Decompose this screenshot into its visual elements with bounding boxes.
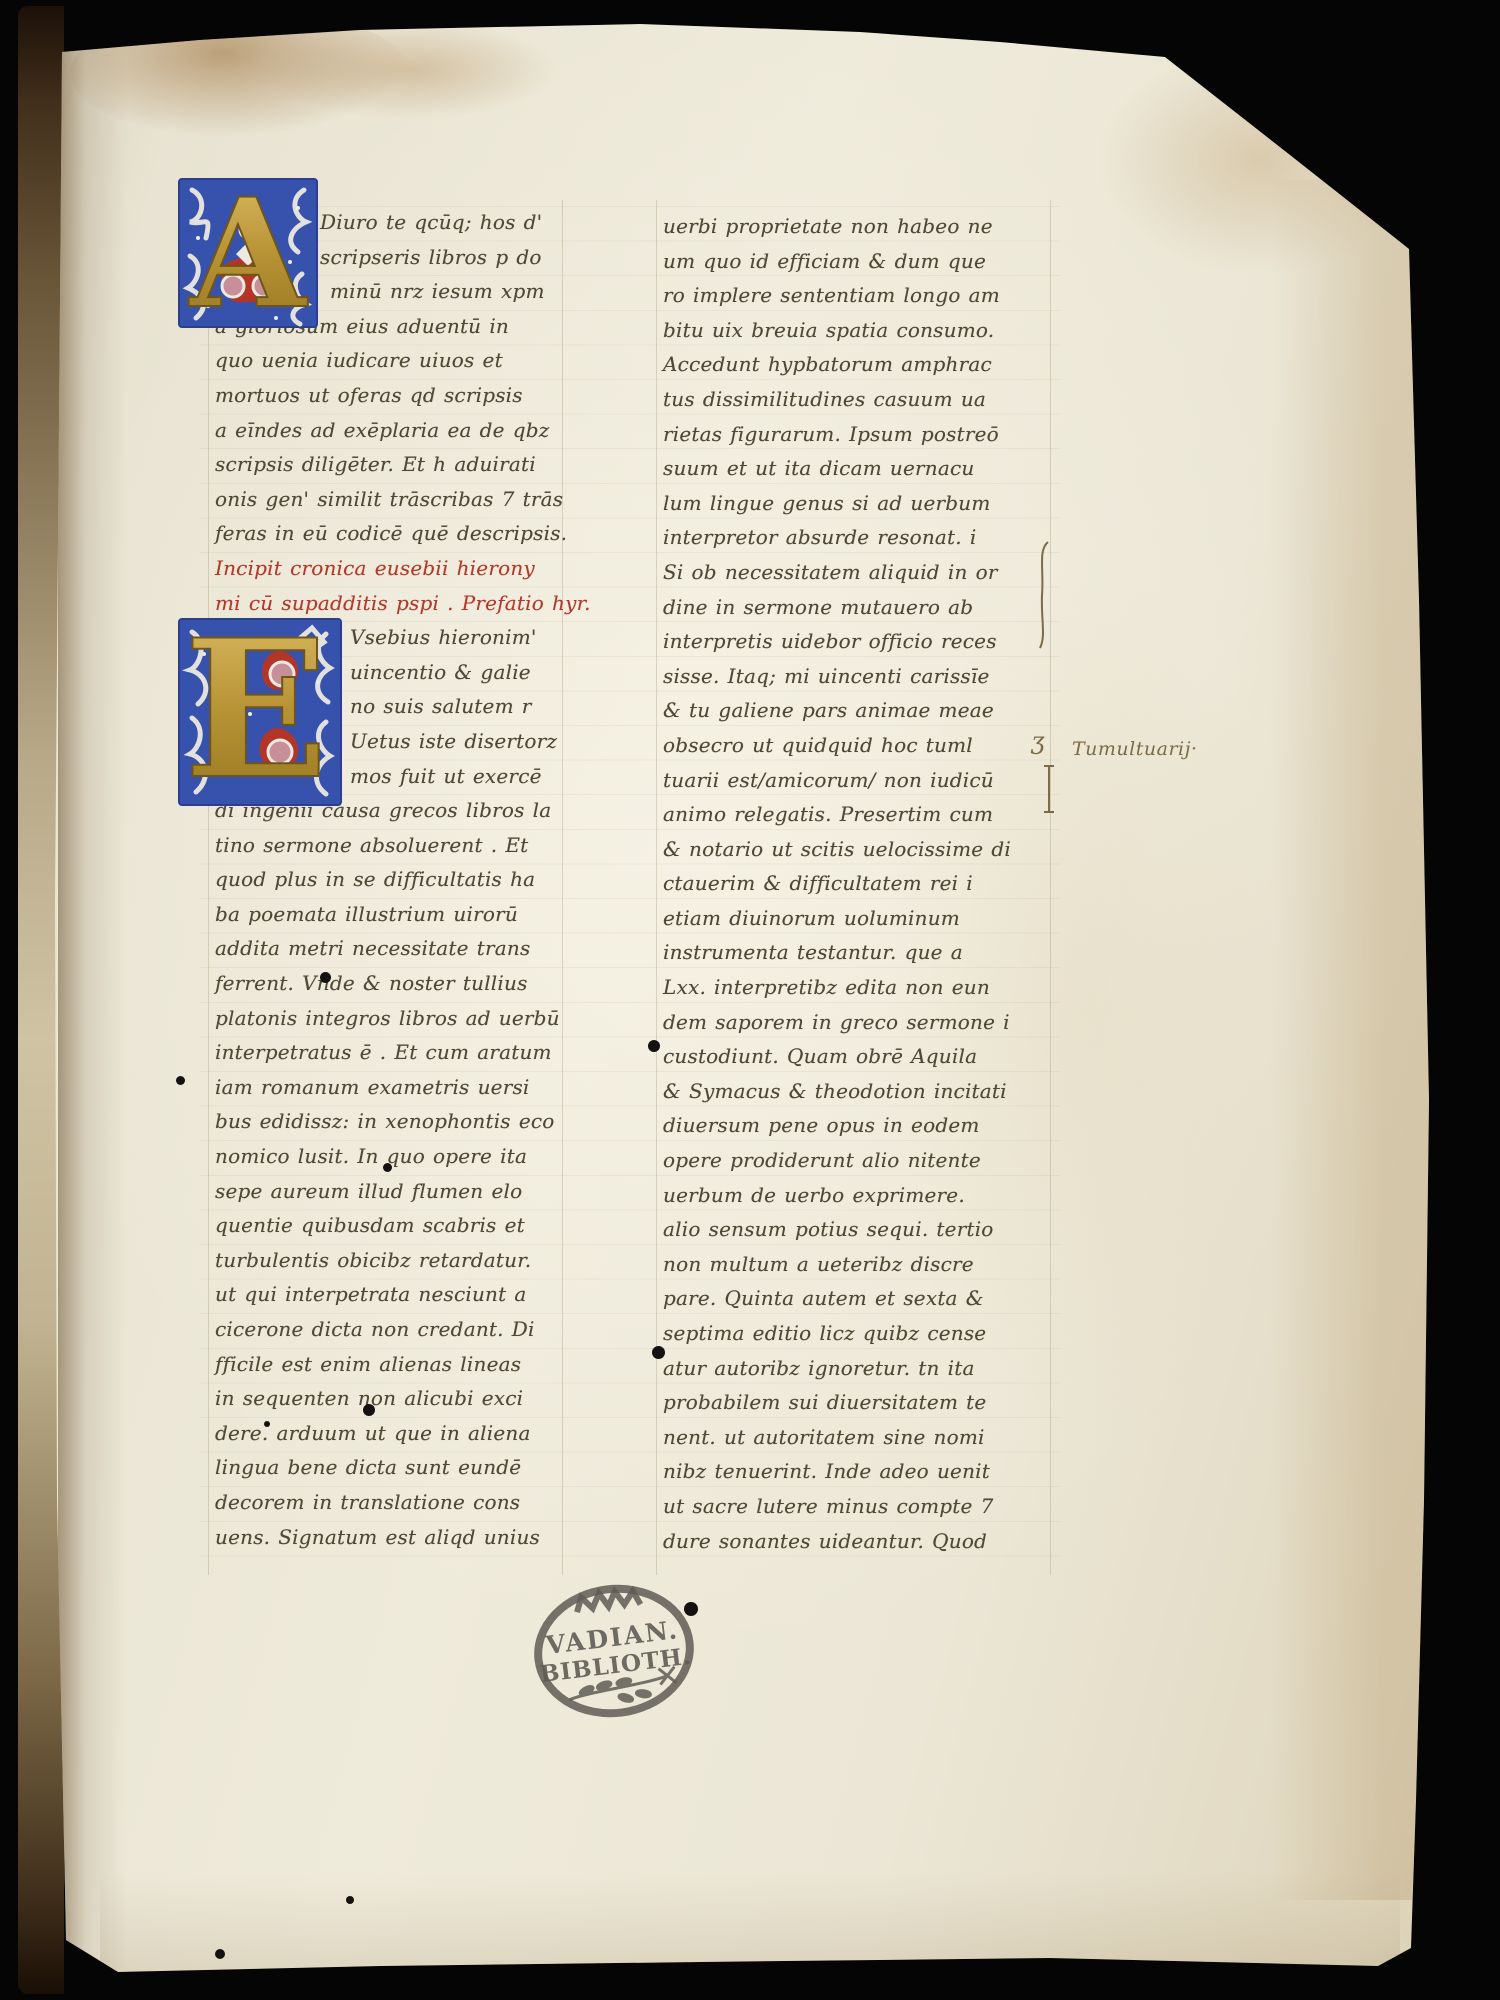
manuscript-line: nent. ut autoritatem sine nomi — [663, 1420, 1011, 1455]
marginal-bracket-upper — [1032, 540, 1058, 650]
manuscript-line: diuersum pene opus in eodem — [663, 1108, 1011, 1143]
manuscript-line: Incipit cronica eusebii hierony — [215, 551, 591, 586]
manuscript-line: & tu galiene pars animae meae — [663, 693, 1011, 728]
illuminated-initial-a: A — [178, 178, 318, 332]
manuscript-line: interpetratus ē . Et cum aratum — [215, 1035, 591, 1070]
manuscript-line: Lxx. interpretibz edita non eun — [663, 970, 1011, 1005]
svg-text:A: A — [188, 178, 309, 328]
manuscript-line: obsecro ut quidquid hoc tuml — [663, 728, 1011, 763]
manuscript-line: dem saporem in greco sermone i — [663, 1005, 1011, 1040]
manuscript-line: & notario ut scitis uelocissime di — [663, 832, 1011, 867]
manuscript-line: bus edidissz: in xenophontis eco — [215, 1104, 591, 1139]
manuscript-line: suum et ut ita dicam uernacu — [663, 451, 1011, 486]
manuscript-line: a eīndes ad exēplaria ea de qbz — [215, 413, 591, 448]
ink-dot — [320, 972, 331, 983]
manuscript-column-right: uerbi proprietate non habeo neum quo id … — [663, 209, 1011, 1558]
manuscript-line: Si ob necessitatem aliquid in or — [663, 555, 1011, 590]
manuscript-line: dure sonantes uideantur. Quod — [663, 1524, 1011, 1559]
ink-dot — [652, 1346, 665, 1359]
manuscript-line: tino sermone absoluerent . Et — [215, 828, 591, 863]
manuscript-line: ut sacre lutere minus compte 7 — [663, 1489, 1011, 1524]
manuscript-line: alio sensum potius sequi. tertio — [663, 1212, 1011, 1247]
manuscript-line: addita metri necessitate trans — [215, 931, 591, 966]
manuscript-line: septima editio licz quibz cense — [663, 1316, 1011, 1351]
manuscript-line: animo relegatis. Presertim cum — [663, 797, 1011, 832]
stain-top-left-2 — [260, 20, 560, 120]
manuscript-line: iam romanum exametris uersi — [215, 1070, 591, 1105]
stain-bottom — [100, 1870, 1400, 1990]
manuscript-line: Uetus iste disertorz — [350, 724, 591, 759]
manuscript-line: non multum a ueteribz discre — [663, 1247, 1011, 1282]
manuscript-line: pare. Quinta autem et sexta & — [663, 1281, 1011, 1316]
manuscript-line: mortuos ut oferas qd scripsis — [215, 378, 591, 413]
folio-small-mark: s — [1352, 142, 1360, 160]
ruling-vertical-1 — [208, 200, 209, 1575]
manuscript-line: ut qui interpetrata nesciunt a — [215, 1277, 591, 1312]
library-stamp: VADIAN. BIBLIOTH. — [513, 1546, 715, 1757]
manuscript-line: instrumenta testantur. que a — [663, 935, 1011, 970]
parchment-page: 2 s Diuro te qcūq; hos d'scripseris libr… — [0, 0, 1500, 2000]
manuscript-line: interpretor absurde resonat. i — [663, 520, 1011, 555]
manuscript-column-left: Diuro te qcūq; hos d'scripseris libros p… — [215, 205, 591, 1554]
marginal-bracket-lower — [1040, 762, 1060, 818]
illuminated-initial-e: E — [178, 618, 342, 810]
manuscript-line: quod plus in se difficultatis ha — [215, 862, 591, 897]
manuscript-line: & Symacus & theodotion incitati — [663, 1074, 1011, 1109]
manuscript-line: bitu uix breuia spatia consumo. — [663, 313, 1011, 348]
ink-dot — [684, 1602, 698, 1616]
manuscript-line: tuarii est/amicorum/ non iudicū — [663, 763, 1011, 798]
ink-dot — [383, 1163, 392, 1172]
manuscript-line: nibz tenuerint. Inde adeo uenit — [663, 1454, 1011, 1489]
manuscript-line: lingua bene dicta sunt eundē — [215, 1450, 591, 1485]
manuscript-line: rietas figurarum. Ipsum postreō — [663, 417, 1011, 452]
manuscript-line: no suis salutem r — [350, 689, 591, 724]
manuscript-line: ba poemata illustrium uirorū — [215, 897, 591, 932]
manuscript-line: platonis integros libros ad uerbū — [215, 1001, 591, 1036]
manuscript-line: ctauerim & difficultatem rei i — [663, 866, 1011, 901]
ink-dot — [648, 1040, 660, 1052]
manuscript-line: scripsis diligēter. Et h aduirati — [215, 447, 591, 482]
manuscript-line: opere prodiderunt alio nitente — [663, 1143, 1011, 1178]
ink-dot — [261, 1988, 268, 1995]
gutter-shadow — [58, 30, 128, 1980]
manuscript-line: minū nrz iesum xpm — [330, 274, 591, 309]
ink-dot — [176, 1076, 185, 1085]
manuscript-line: Accedunt hypbatorum amphrac — [663, 347, 1011, 382]
manuscript-line: turbulentis obicibz retardatur. — [215, 1243, 591, 1278]
manuscript-line: probabilem sui diuersitatem te — [663, 1385, 1011, 1420]
manuscript-scan: 2 s Diuro te qcūq; hos d'scripseris libr… — [0, 0, 1500, 2000]
manuscript-line: dine in sermone mutauero ab — [663, 590, 1011, 625]
manuscript-line: quentie quibusdam scabris et — [215, 1208, 591, 1243]
manuscript-line: mos fuit ut exercē — [350, 759, 591, 794]
ink-dot — [346, 1896, 354, 1904]
manuscript-line: ro implere sententiam longo am — [663, 278, 1011, 313]
manuscript-line: um quo id efficiam & dum que — [663, 244, 1011, 279]
manuscript-line: custodiunt. Quam obrē Aquila — [663, 1039, 1011, 1074]
manuscript-line: interpretis uidebor officio reces — [663, 624, 1011, 659]
manuscript-line: sisse. Itaq; mi uincenti carissīe — [663, 659, 1011, 694]
manuscript-line: ferrent. Vnde & noster tullius — [215, 966, 591, 1001]
manuscript-line: uens. Signatum est aliqd unius — [215, 1520, 591, 1555]
manuscript-line: decorem in translatione cons — [215, 1485, 591, 1520]
manuscript-line: atur autoribz ignoretur. tn ita — [663, 1351, 1011, 1386]
manuscript-line: tus dissimilitudines casuum ua — [663, 382, 1011, 417]
manuscript-line: Vsebius hieronim' — [350, 620, 591, 655]
manuscript-line: lum lingue genus si ad uerbum — [663, 486, 1011, 521]
manuscript-line: uerbum de uerbo exprimere. — [663, 1178, 1011, 1213]
manuscript-line: uerbi proprietate non habeo ne — [663, 209, 1011, 244]
manuscript-line: mi cū supadditis pspi . Prefatio hyr. — [215, 586, 591, 621]
folio-number: 2 — [1340, 51, 1372, 103]
manuscript-line: dere. arduum ut que in aliena — [215, 1416, 591, 1451]
manuscript-line: scripseris libros p do — [320, 240, 591, 275]
manuscript-line: cicerone dicta non credant. Di — [215, 1312, 591, 1347]
manuscript-line: nomico lusit. In quo opere ita — [215, 1139, 591, 1174]
manuscript-line: feras in eū codicē quē descripsis. — [215, 516, 591, 551]
manuscript-line: fficile est enim alienas lineas — [215, 1347, 591, 1382]
ink-dot — [363, 1404, 375, 1416]
ruling-vertical-4 — [1050, 200, 1051, 1575]
insertion-mark: ʒ — [1031, 727, 1045, 755]
ruling-vertical-3 — [656, 200, 657, 1575]
manuscript-line: uincentio & galie — [350, 655, 591, 690]
manuscript-line: sepe aureum illud flumen elo — [215, 1174, 591, 1209]
manuscript-line: onis gen' similit trāscribas 7 trās — [215, 482, 591, 517]
manuscript-line: Diuro te qcūq; hos d' — [320, 205, 591, 240]
ink-dot — [264, 1421, 270, 1427]
manuscript-line: quo uenia iudicare uiuos et — [215, 343, 591, 378]
ink-dot — [215, 1949, 225, 1959]
marginal-note: Tumultuarij· — [1072, 738, 1198, 760]
manuscript-line: in sequenten non alicubi exci — [215, 1381, 591, 1416]
manuscript-line: etiam diuinorum uoluminum — [663, 901, 1011, 936]
svg-text:E: E — [184, 618, 329, 806]
